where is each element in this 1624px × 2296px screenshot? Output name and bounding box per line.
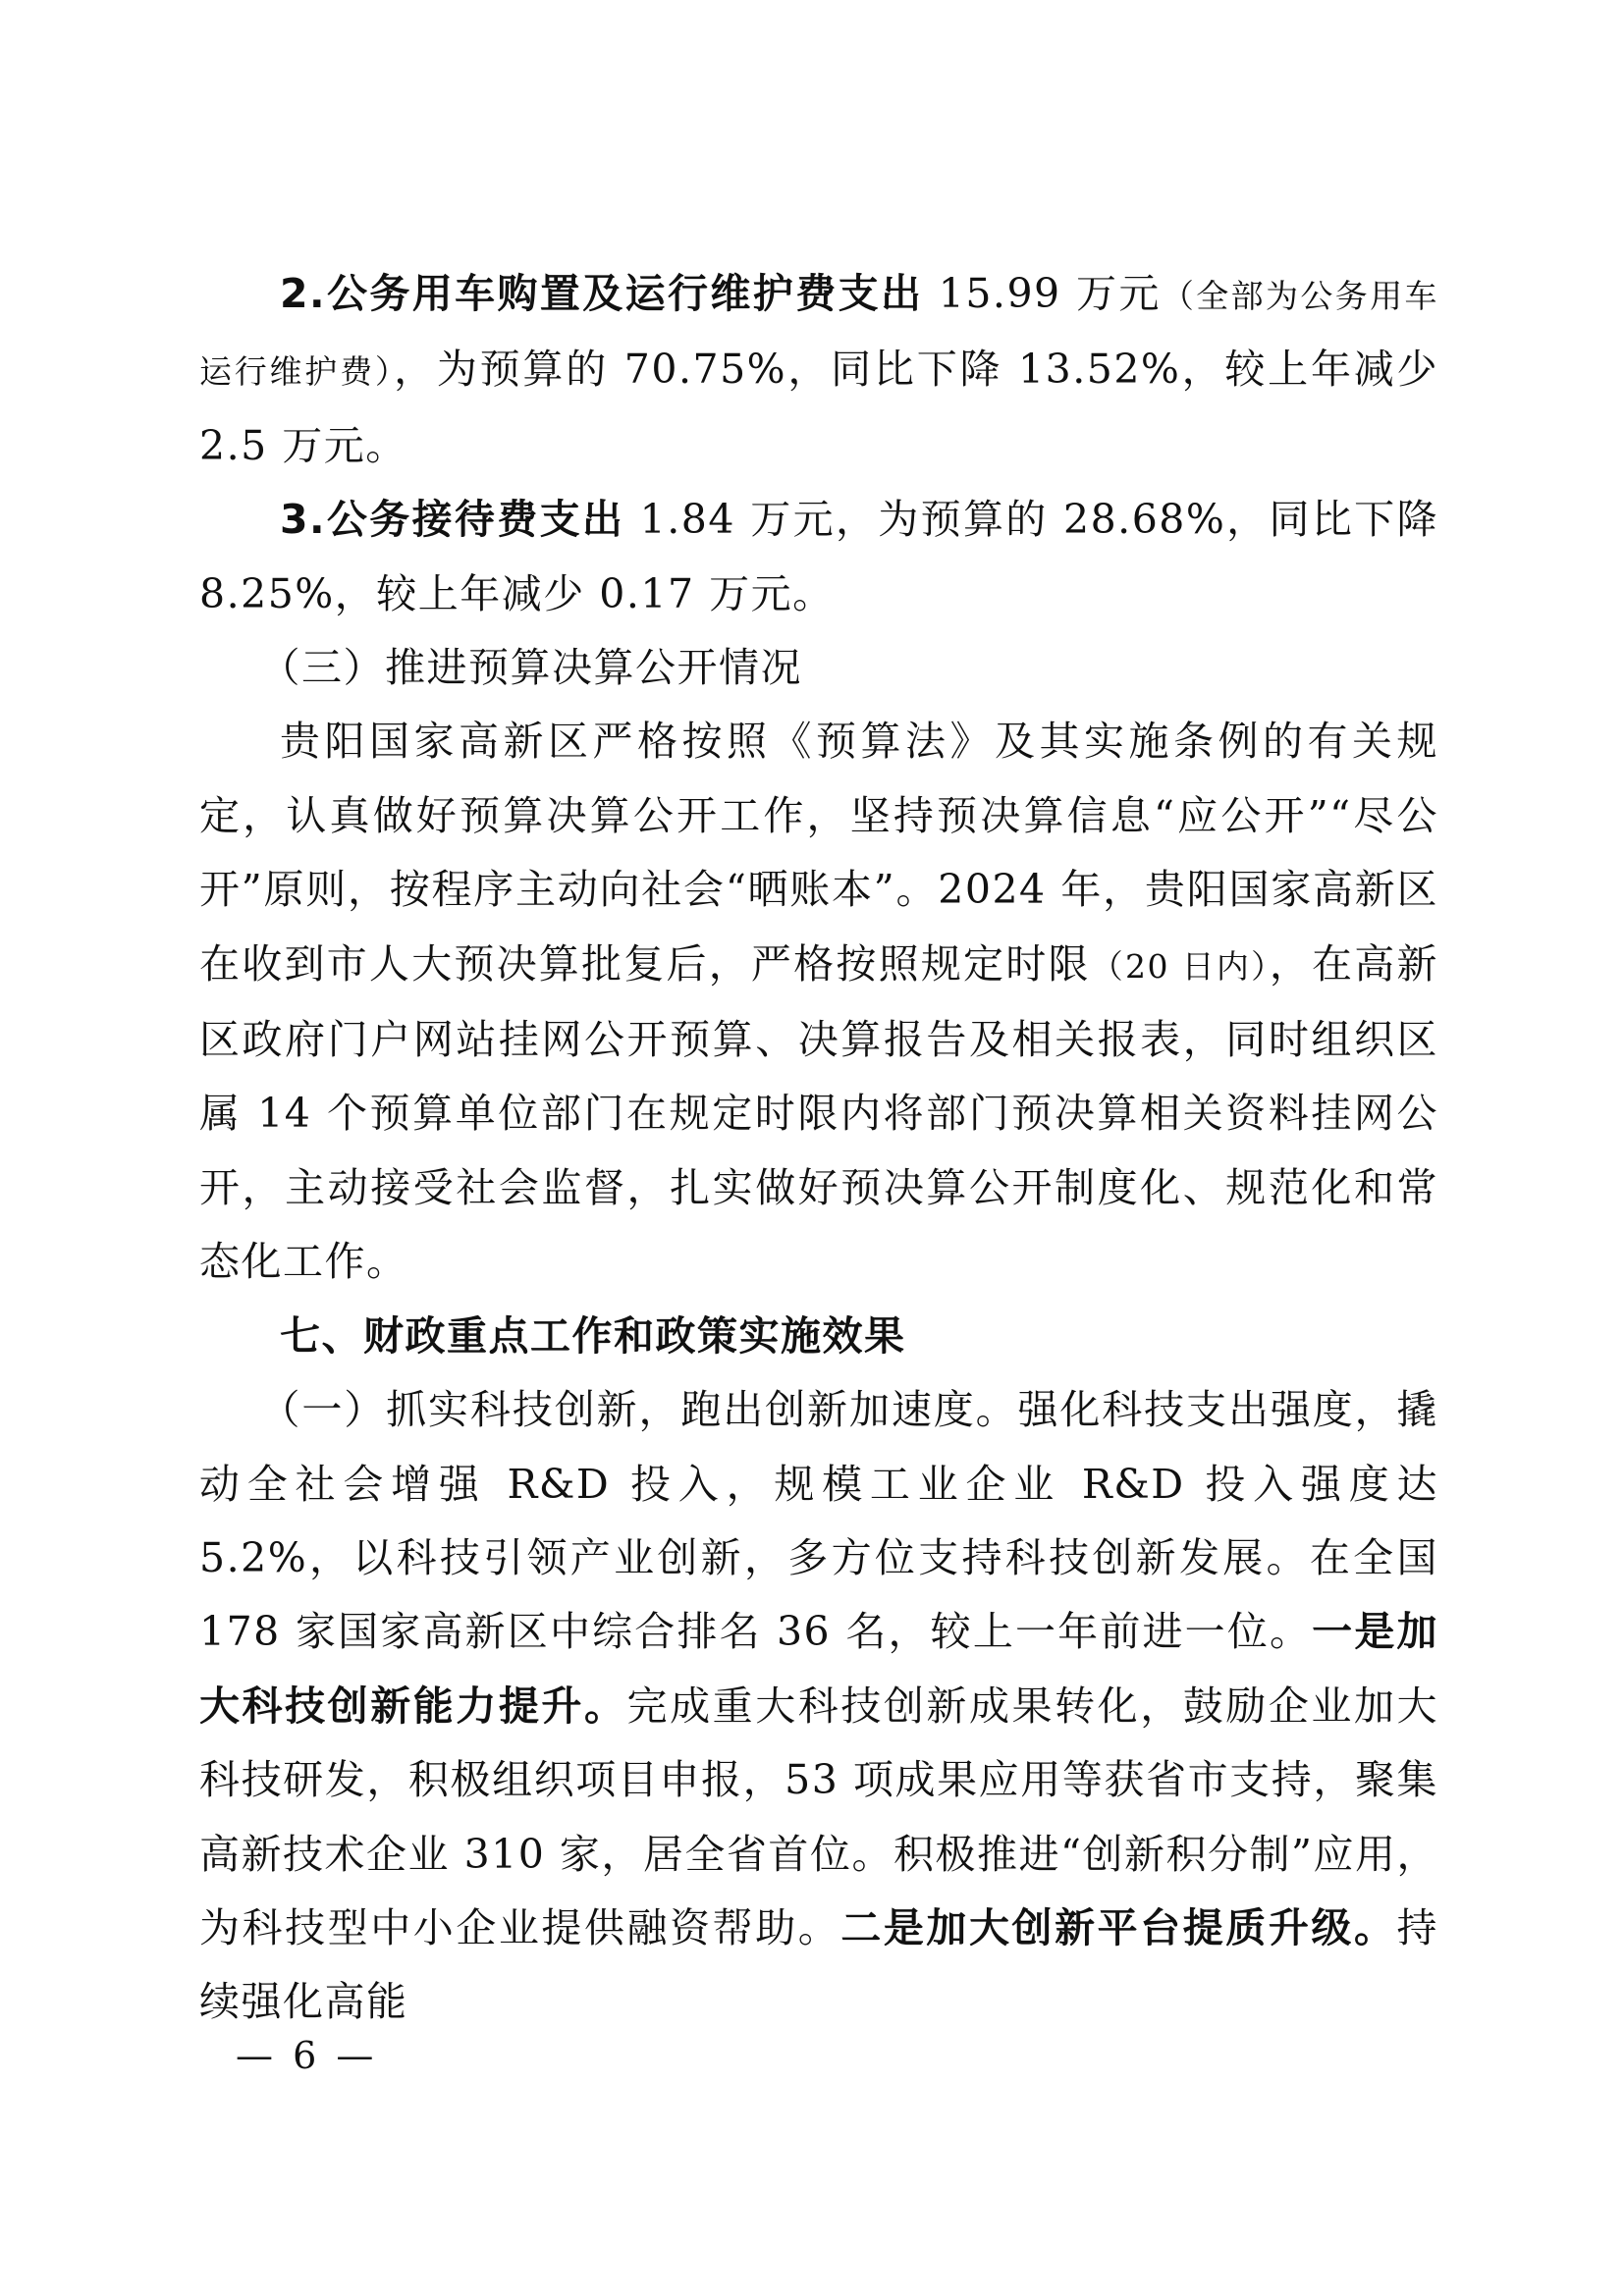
disclosure-deadline-note: （20 日内） [1091, 947, 1270, 986]
paragraph-reception-expense: 3.公务接待费支出 1.84 万元，为预算的 28.68%，同比下降 8.25%… [199, 483, 1438, 631]
document-page: 2.公务用车购置及运行维护费支出 15.99 万元（全部为公务用车运行维护费），… [0, 0, 1624, 2296]
document-body: 2.公务用车购置及运行维护费支出 15.99 万元（全部为公务用车运行维护费），… [199, 257, 1438, 2040]
item-heading-reception: 3.公务接待费支出 [280, 496, 624, 543]
item-heading-vehicle: 2.公务用车购置及运行维护费支出 [280, 270, 923, 317]
page-number: — 6 — [236, 2034, 377, 2077]
section-heading-fiscal-priorities: 七、财政重点工作和政策实施效果 [199, 1300, 1438, 1373]
paragraph-budget-disclosure: 贵阳国家高新区严格按照《预算法》及其实施条例的有关规定，认真做好预算决算公开工作… [199, 705, 1438, 1299]
paragraph-tech-innovation: （一）抓实科技创新，跑出创新加速度。强化科技支出强度，撬动全社会增强 R&D 投… [199, 1373, 1438, 2040]
paragraph-vehicle-expense: 2.公务用车购置及运行维护费支出 15.99 万元（全部为公务用车运行维护费），… [199, 257, 1438, 483]
tech-innovation-point-two: 二是加大创新平台提质升级。 [840, 1904, 1396, 1951]
tech-innovation-text-a: （一）抓实科技创新，跑出创新加速度。强化科技支出强度，撬动全社会增强 R&D 投… [199, 1386, 1438, 1655]
disclosure-text-b: ，在高新区政府门户网站挂网公开预算、决算报告及相关报表，同时组织区属 14 个预… [199, 940, 1438, 1286]
vehicle-expense-amount: 15.99 万元 [923, 270, 1161, 317]
subsection-heading-budget-disclosure: （三）推进预算决算公开情况 [199, 631, 1438, 705]
